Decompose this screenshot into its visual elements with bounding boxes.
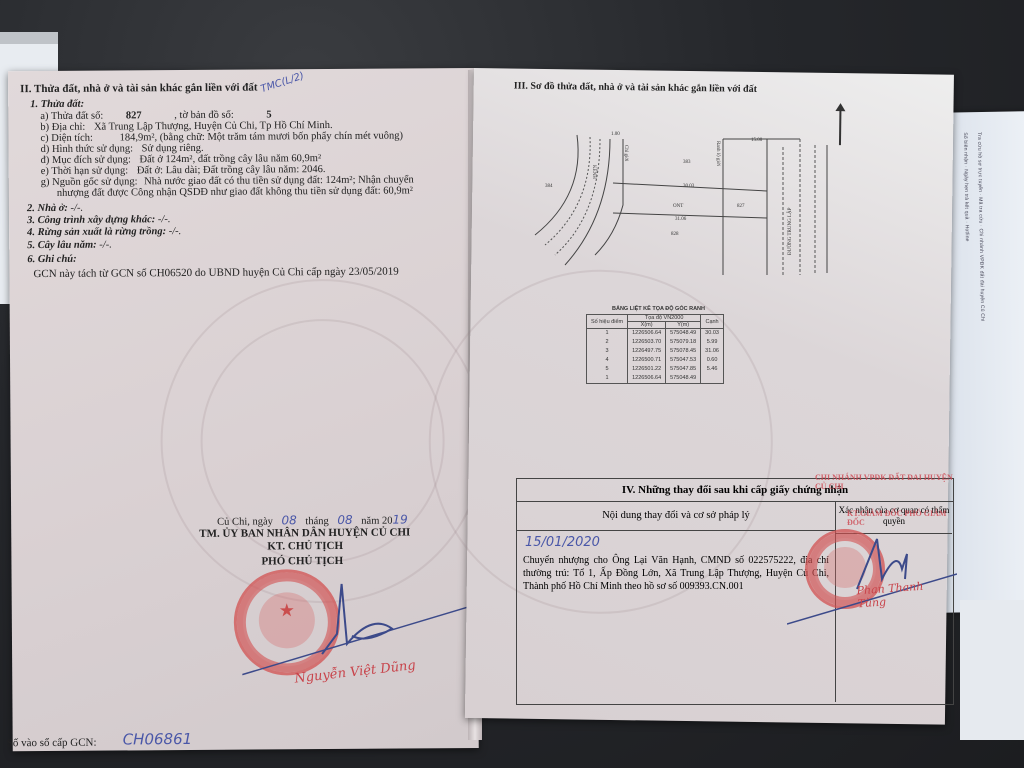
- coord-cell-edge: 0.60: [701, 356, 724, 365]
- col-x: X(m): [628, 322, 666, 329]
- coord-cell-point: 2: [587, 338, 628, 347]
- usage-form-label: d) Hình thức sử dụng:: [41, 143, 134, 155]
- coord-row: 51226501.22575047.855.46: [587, 365, 724, 374]
- certificate-left-page: II. Thửa đất, nhà ở và tài sản khác gắn …: [8, 68, 479, 751]
- purpose-label: đ) Mục đích sử dụng:: [41, 154, 131, 166]
- canal-label: KÊNH: [591, 165, 597, 179]
- changes-section: IV. Những thay đổi sau khi cấp giấy chứn…: [516, 478, 954, 705]
- coord-cell-y: 575048.49: [666, 329, 701, 339]
- stamp-header: CHI NHÁNH VPĐK ĐẤT ĐAI HUYỆN CỦ CHI: [815, 473, 953, 491]
- road-edge-label: Ranh lộ giới: [715, 141, 720, 166]
- coord-cell-x: 1226506.64: [628, 374, 666, 384]
- coord-cell-point: 1: [587, 374, 628, 384]
- coord-cell-edge: 5.46: [701, 365, 724, 374]
- origin-label: g) Nguồn gốc sử dụng:: [41, 176, 138, 188]
- sheet-vertical-text-2: Số biên nhận · Ngày hẹn trả kết quả · Ho…: [962, 132, 970, 241]
- dim-road: 15.00: [751, 138, 763, 143]
- note-heading: 6. Ghi chú:: [27, 254, 76, 265]
- area-label: c) Diện tích:: [40, 133, 93, 144]
- col-coord-group: Tọa độ VN2000: [628, 315, 701, 322]
- usage-form-value: Sử dụng riêng.: [142, 143, 204, 154]
- handwritten-note: TMC(L/2): [260, 71, 306, 96]
- sign-year: 19: [392, 512, 407, 526]
- parcel-383: 383: [683, 160, 691, 165]
- dim-small: 1.00: [611, 132, 620, 137]
- coord-row: 11226506.64575048.49: [587, 374, 724, 384]
- note-text: GCN này tách từ GCN số CH06520 do UBND h…: [33, 266, 398, 281]
- parcel-828: 828: [671, 232, 679, 237]
- coord-cell-edge: 31.06: [701, 347, 724, 356]
- address-label: b) Địa chỉ:: [40, 122, 85, 133]
- area-row: c) Diện tích: 184,9m², (bằng chữ: Một tr…: [40, 130, 403, 144]
- sign-role-2: PHÓ CHỦ TỊCH: [261, 555, 343, 568]
- coord-cell-point: 4: [587, 356, 628, 365]
- land-heading: 1. Thửa đất:: [30, 99, 84, 110]
- area-value: 184,9m², (bằng chữ: Một trăm tám mươi bố…: [120, 130, 403, 143]
- coord-cell-x: 1226506.64: [628, 329, 666, 339]
- coord-cell-y: 575078.45: [666, 347, 701, 356]
- sign-month: 08: [337, 513, 352, 527]
- change-signature: [787, 519, 957, 629]
- parcel-384: 384: [545, 184, 553, 189]
- coord-row: 31226497.75575078.4531.06: [587, 347, 724, 356]
- coord-row: 21226503.70575079.185.99: [587, 338, 724, 347]
- coord-cell-point: 1: [587, 329, 628, 339]
- parcel-827: 827: [737, 204, 745, 209]
- sheet-vertical-text: Tra cứu hồ sơ trực tuyến · Mã tra cứu · …: [976, 132, 985, 321]
- col-edge: Cạnh: [701, 315, 724, 329]
- road-label: ĐƯỜNG TRUNG LẬP: [787, 207, 793, 255]
- section-ii-title: II. Thửa đất, nhà ở và tài sản khác gắn …: [20, 82, 257, 96]
- item-production-forest: 4. Rừng sản xuất là rừng trồng: -/-.: [27, 226, 181, 238]
- map-sheet-label: , tờ bản đồ số:: [174, 110, 234, 121]
- background-paper: [960, 600, 1024, 740]
- registry-label: Số vào sổ cấp GCN:: [7, 737, 97, 750]
- coord-cell-y: 575079.18: [666, 338, 701, 347]
- coord-row: 41226500.71575047.530.60: [587, 356, 724, 365]
- sign-day: 08: [281, 513, 296, 527]
- coord-table-title: BẢNG LIỆT KÊ TỌA ĐỘ GÓC RANH: [612, 306, 705, 312]
- dim-top: 30.03: [683, 184, 695, 189]
- term-label: e) Thời hạn sử dụng:: [41, 165, 129, 177]
- sign-date: Củ Chi, ngày 08 tháng 08 năm 2019: [217, 512, 408, 527]
- coord-cell-x: 1226503.70: [628, 338, 666, 347]
- sign-org: TM. ỦY BAN NHÂN DÂN HUYỆN CỦ CHI: [199, 526, 410, 539]
- col-point: Số hiệu điểm: [587, 315, 628, 329]
- coord-cell-x: 1226501.22: [628, 365, 666, 374]
- coord-cell-edge: 30.03: [701, 329, 724, 339]
- boundary-label: Chỉ giới: [623, 145, 628, 162]
- origin-value-2: nhượng đất được Công nhận QSDĐ như giao …: [57, 185, 413, 198]
- coord-cell-point: 3: [587, 347, 628, 356]
- coord-cell-edge: [701, 374, 724, 384]
- map-sheet-number: 5: [266, 109, 271, 120]
- coord-cell-y: 575048.49: [666, 374, 701, 384]
- section-iii-title: III. Sơ đồ thửa đất, nhà ở và tài sản kh…: [514, 81, 757, 95]
- item-house: 2. Nhà ở: -/-.: [27, 203, 83, 214]
- item-perennial-trees: 5. Cây lâu năm: -/-.: [27, 240, 112, 252]
- col-y: Y(m): [666, 322, 701, 329]
- north-arrow-icon: [839, 109, 842, 145]
- coord-cell-edge: 5.99: [701, 338, 724, 347]
- coord-cell-x: 1226497.75: [628, 347, 666, 356]
- sign-role-1: KT. CHỦ TỊCH: [267, 540, 343, 553]
- north-arrowhead-icon: [835, 103, 845, 111]
- coord-table: Số hiệu điểm Tọa độ VN2000 Cạnh X(m) Y(m…: [586, 314, 724, 384]
- registry-number: CH06861: [123, 730, 193, 748]
- parcel-map: 384 383 ONT 827 828 30.03 31.06 15.00 1.…: [515, 125, 835, 275]
- coord-row: 11226506.64575048.4930.03: [587, 329, 724, 339]
- dim-bottom: 31.06: [675, 217, 687, 222]
- parcel-ont: ONT: [673, 204, 683, 209]
- coord-cell-y: 575047.85: [666, 365, 701, 374]
- coord-cell-point: 5: [587, 365, 628, 374]
- parcel-label: a) Thửa đất số:: [40, 111, 103, 122]
- coord-cell-x: 1226500.71: [628, 356, 666, 365]
- parcel-number: 827: [126, 110, 142, 121]
- item-other-construction: 3. Công trình xây dựng khác: -/-.: [27, 214, 170, 226]
- coord-cell-y: 575047.53: [666, 356, 701, 365]
